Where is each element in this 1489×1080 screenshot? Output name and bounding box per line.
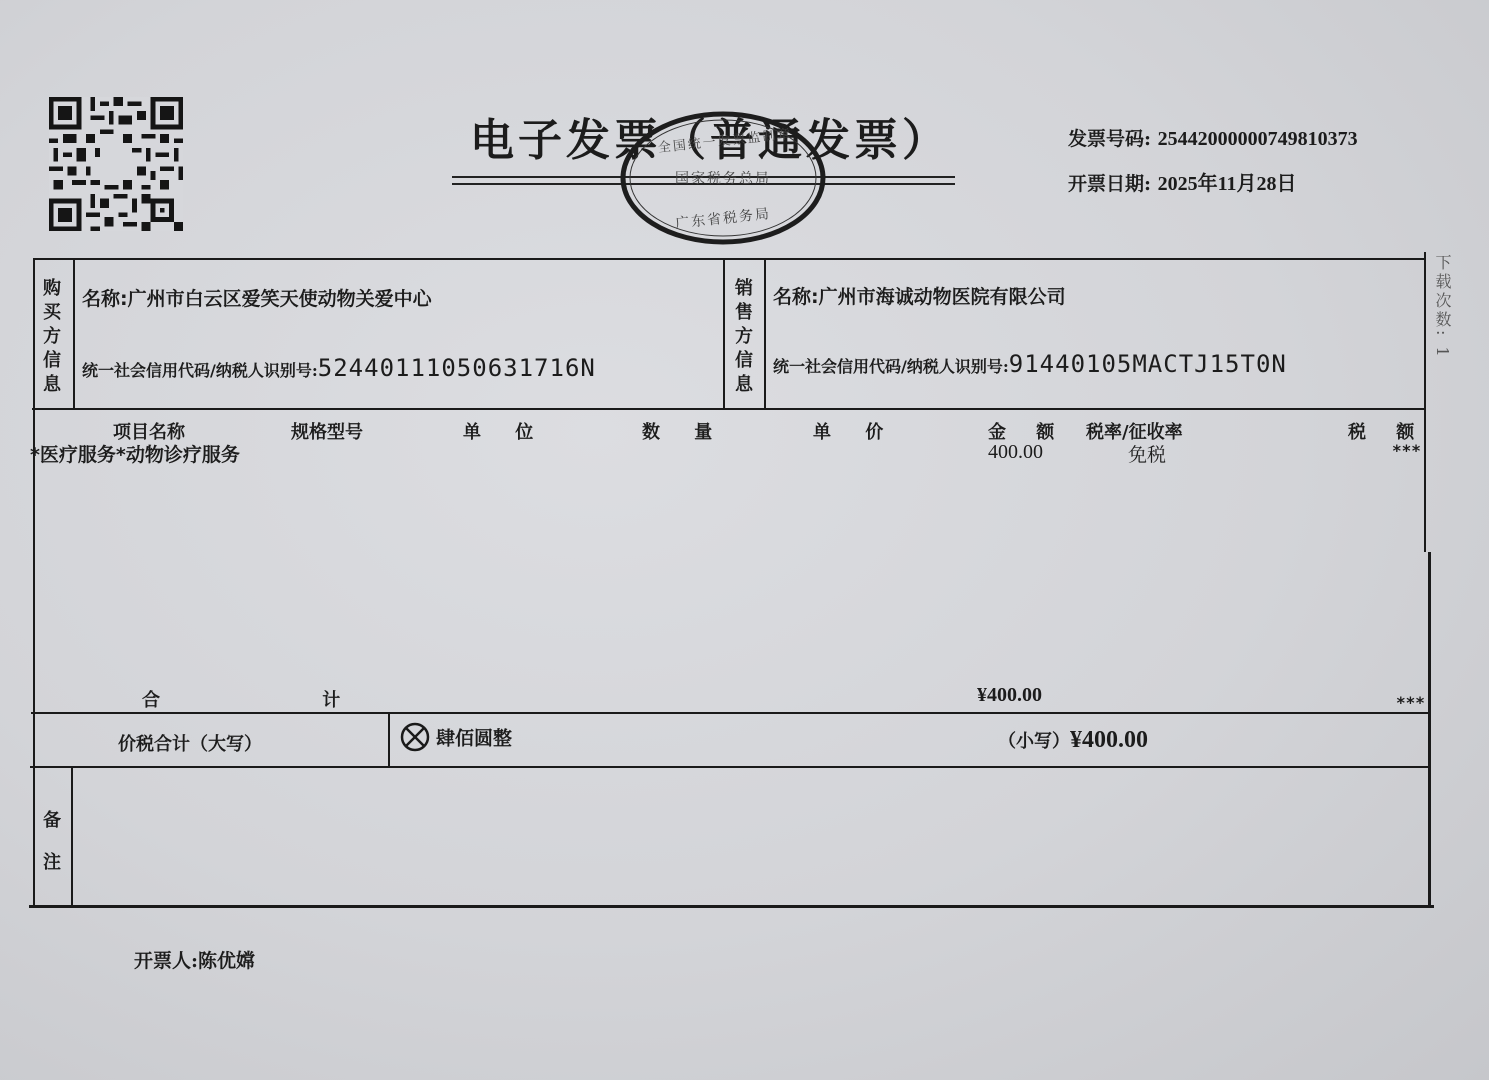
party-divider	[32, 408, 1426, 410]
issue-date: 2025年11月28日	[1158, 173, 1297, 195]
buyer-label-divider	[73, 258, 75, 408]
remarks-label-divider	[71, 766, 73, 906]
item-amount: 400.00	[988, 441, 1043, 464]
circled-x-icon	[400, 722, 430, 752]
buyer-name: 广州市白云区爱笑天使动物关爱中心	[128, 288, 432, 310]
grand-total-lower-value: ¥400.00	[1070, 727, 1148, 753]
seller-name-row: 名称:广州市海诚动物医院有限公司	[773, 282, 1066, 309]
remarks-label: 备注	[37, 800, 67, 884]
seller-label-divider	[764, 258, 766, 408]
buyer-section-label: 购买方信息	[37, 277, 67, 397]
col-header-unit-price: 单 价	[813, 418, 897, 444]
table-border-bottom	[29, 905, 1434, 908]
tax-bureau-stamp: 全国统一发票监制章 国家税务总局 广东省税务局	[620, 110, 826, 246]
grand-total-label-divider	[388, 712, 390, 767]
total-label: 合 计	[142, 686, 418, 712]
grand-total-lower-row: （小写）¥400.00	[998, 727, 1148, 754]
item-name: *医疗服务*动物诊疗服务	[30, 440, 240, 467]
download-count-note: 下载次数: 1	[1430, 254, 1454, 360]
seller-name: 广州市海诚动物医院有限公司	[819, 286, 1066, 308]
issuer-row: 开票人:陈优嫦	[134, 946, 255, 973]
total-divider	[31, 712, 1430, 714]
grand-total-lower-label: （小写）	[998, 731, 1070, 752]
col-header-unit: 单 位	[463, 418, 547, 444]
buyer-tax-id-row: 统一社会信用代码/纳税人识别号:52440111050631716N	[82, 354, 596, 382]
qr-code	[48, 97, 184, 231]
issuer-label: 开票人:	[134, 950, 198, 972]
invoice-number: 25442000000749810373	[1158, 128, 1358, 150]
buyer-name-label: 名称:	[82, 288, 128, 310]
total-amount: ¥400.00	[977, 684, 1042, 707]
seller-tax-id: 91440105MACTJ15T0N	[1009, 350, 1287, 378]
grand-total-upper-value: 肆佰圆整	[436, 728, 512, 750]
seller-name-label: 名称:	[773, 286, 819, 308]
buyer-name-row: 名称:广州市白云区爱笑天使动物关爱中心	[82, 284, 432, 311]
table-border-right	[1424, 252, 1426, 552]
issue-date-row: 开票日期: 2025年11月28日	[1068, 167, 1297, 196]
total-tax: ***	[1396, 693, 1425, 712]
buyer-tax-id-label: 统一社会信用代码/纳税人识别号:	[82, 361, 318, 380]
seller-section-label: 销售方信息	[729, 277, 759, 397]
grand-total-divider	[30, 766, 1431, 768]
buyer-seller-divider	[723, 258, 725, 408]
seller-tax-id-row: 统一社会信用代码/纳税人识别号:91440105MACTJ15T0N	[773, 350, 1287, 378]
seller-tax-id-label: 统一社会信用代码/纳税人识别号:	[773, 357, 1009, 376]
grand-total-upper-row: 肆佰圆整	[400, 722, 512, 752]
table-border-left	[33, 258, 35, 908]
buyer-tax-id: 52440111050631716N	[318, 354, 596, 382]
table-border-top	[33, 258, 1425, 260]
grand-total-upper-label: 价税合计（大写）	[118, 730, 262, 756]
item-tax-rate: 免税	[1128, 440, 1166, 467]
invoice-number-label: 发票号码:	[1068, 128, 1151, 150]
col-header-quantity: 数 量	[642, 418, 726, 444]
col-header-spec: 规格型号	[291, 418, 363, 444]
item-tax: ***	[1392, 441, 1421, 460]
stamp-middle-text: 国家税务总局	[660, 168, 786, 188]
table-border-right	[1428, 552, 1431, 908]
invoice-number-row: 发票号码: 25442000000749810373	[1068, 124, 1358, 151]
issuer-name: 陈优嫦	[198, 950, 255, 972]
issue-date-label: 开票日期:	[1068, 173, 1151, 195]
